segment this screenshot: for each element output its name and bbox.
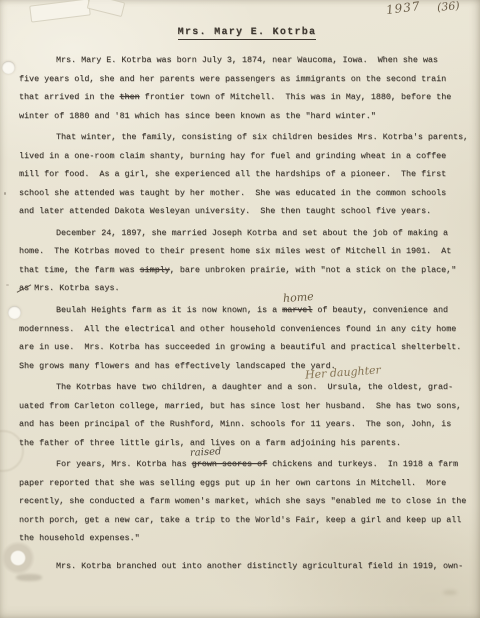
smudge-mark xyxy=(443,590,457,595)
text-line: lived in a one-room claim shanty, burnin… xyxy=(19,147,471,166)
paragraph: The Kotrbas have two children, a daughte… xyxy=(19,378,471,452)
slashed-text: as xyxy=(19,279,29,298)
text-line: For years, Mrs. Kotrba has grown scores … xyxy=(19,455,471,474)
text-line: home. The Kotrbas moved to their present… xyxy=(19,242,471,261)
text-line: school she attended was taught by her mo… xyxy=(19,184,471,203)
paragraph: December 24, 1897, she married Joseph Ko… xyxy=(19,224,471,298)
tape-residue xyxy=(29,0,91,23)
tape-residue xyxy=(87,0,126,17)
text-line: that arrived in the then frontier town o… xyxy=(19,88,471,107)
paragraph: Beulah Heights farm as it is now known, … xyxy=(19,301,471,375)
text-line: Beulah Heights farm as it is now known, … xyxy=(19,301,471,320)
text-line: north porch, get a new car, take a trip … xyxy=(19,511,471,530)
text-line: are in use. Mrs. Kotrba has succeeded in… xyxy=(19,338,471,357)
struck-text: grown scores of xyxy=(192,459,267,469)
text-line: the household expenses." xyxy=(19,529,471,548)
handwritten-correction-home: home xyxy=(283,290,314,305)
text-line: and has been principal of the Rushford, … xyxy=(19,415,471,434)
text-line: as Mrs. Kotrba says. xyxy=(19,279,471,298)
text-line: winter of 1880 and '81 which has since b… xyxy=(19,107,471,126)
text-line: the father of three little girls, and li… xyxy=(19,434,471,453)
paragraph: Mrs. Mary E. Kotrba was born July 3, 187… xyxy=(19,51,471,125)
paragraph: For years, Mrs. Kotrba has grown scores … xyxy=(19,455,471,548)
text-line: and later attended Dakota Wesleyan unive… xyxy=(19,202,471,221)
ink-speck xyxy=(6,284,9,286)
text-line: December 24, 1897, she married Joseph Ko… xyxy=(19,224,471,243)
document-body: Mrs. Mary E. Kotrba was born July 3, 187… xyxy=(19,51,471,575)
struck-text: then xyxy=(120,92,140,102)
text-line: uated from Carleton college, married, bu… xyxy=(19,397,471,416)
text-line: paper reported that she was selling eggs… xyxy=(19,474,471,493)
text-line: Mrs. Mary E. Kotrba was born July 3, 187… xyxy=(19,51,471,70)
text-line: Mrs. Kotrba branched out into another di… xyxy=(19,557,471,576)
text-line: She grows many flowers and has effective… xyxy=(19,357,471,376)
manuscript-page: 1937 (36) Mrs. Mary E. Kotrba Mrs. Mary … xyxy=(0,0,480,618)
paragraph: That winter, the family, consisting of s… xyxy=(19,128,471,221)
text-line: recently, she conducted a farm women's m… xyxy=(19,492,471,511)
ink-speck xyxy=(4,192,6,195)
text-line: mill for food. As a girl, she experience… xyxy=(19,165,471,184)
handwritten-correction-raised: raised xyxy=(190,446,222,459)
handwritten-date: 1937 xyxy=(385,0,421,17)
handwritten-page-number: (36) xyxy=(436,0,460,14)
paragraph: Mrs. Kotrba branched out into another di… xyxy=(19,557,471,576)
text-line: The Kotrbas have two children, a daughte… xyxy=(19,378,471,397)
text-line: That winter, the family, consisting of s… xyxy=(19,128,471,147)
text-line: modernness. All the electrical and other… xyxy=(19,320,471,339)
struck-text: marvel xyxy=(282,305,312,315)
text-line: five years old, she and her parents were… xyxy=(19,70,471,89)
text-line: that time, the farm was simply, bare unb… xyxy=(19,261,471,280)
hole-punch xyxy=(2,61,15,74)
page-title: Mrs. Mary E. Kotrba xyxy=(0,27,480,40)
struck-text: simply xyxy=(140,265,170,275)
